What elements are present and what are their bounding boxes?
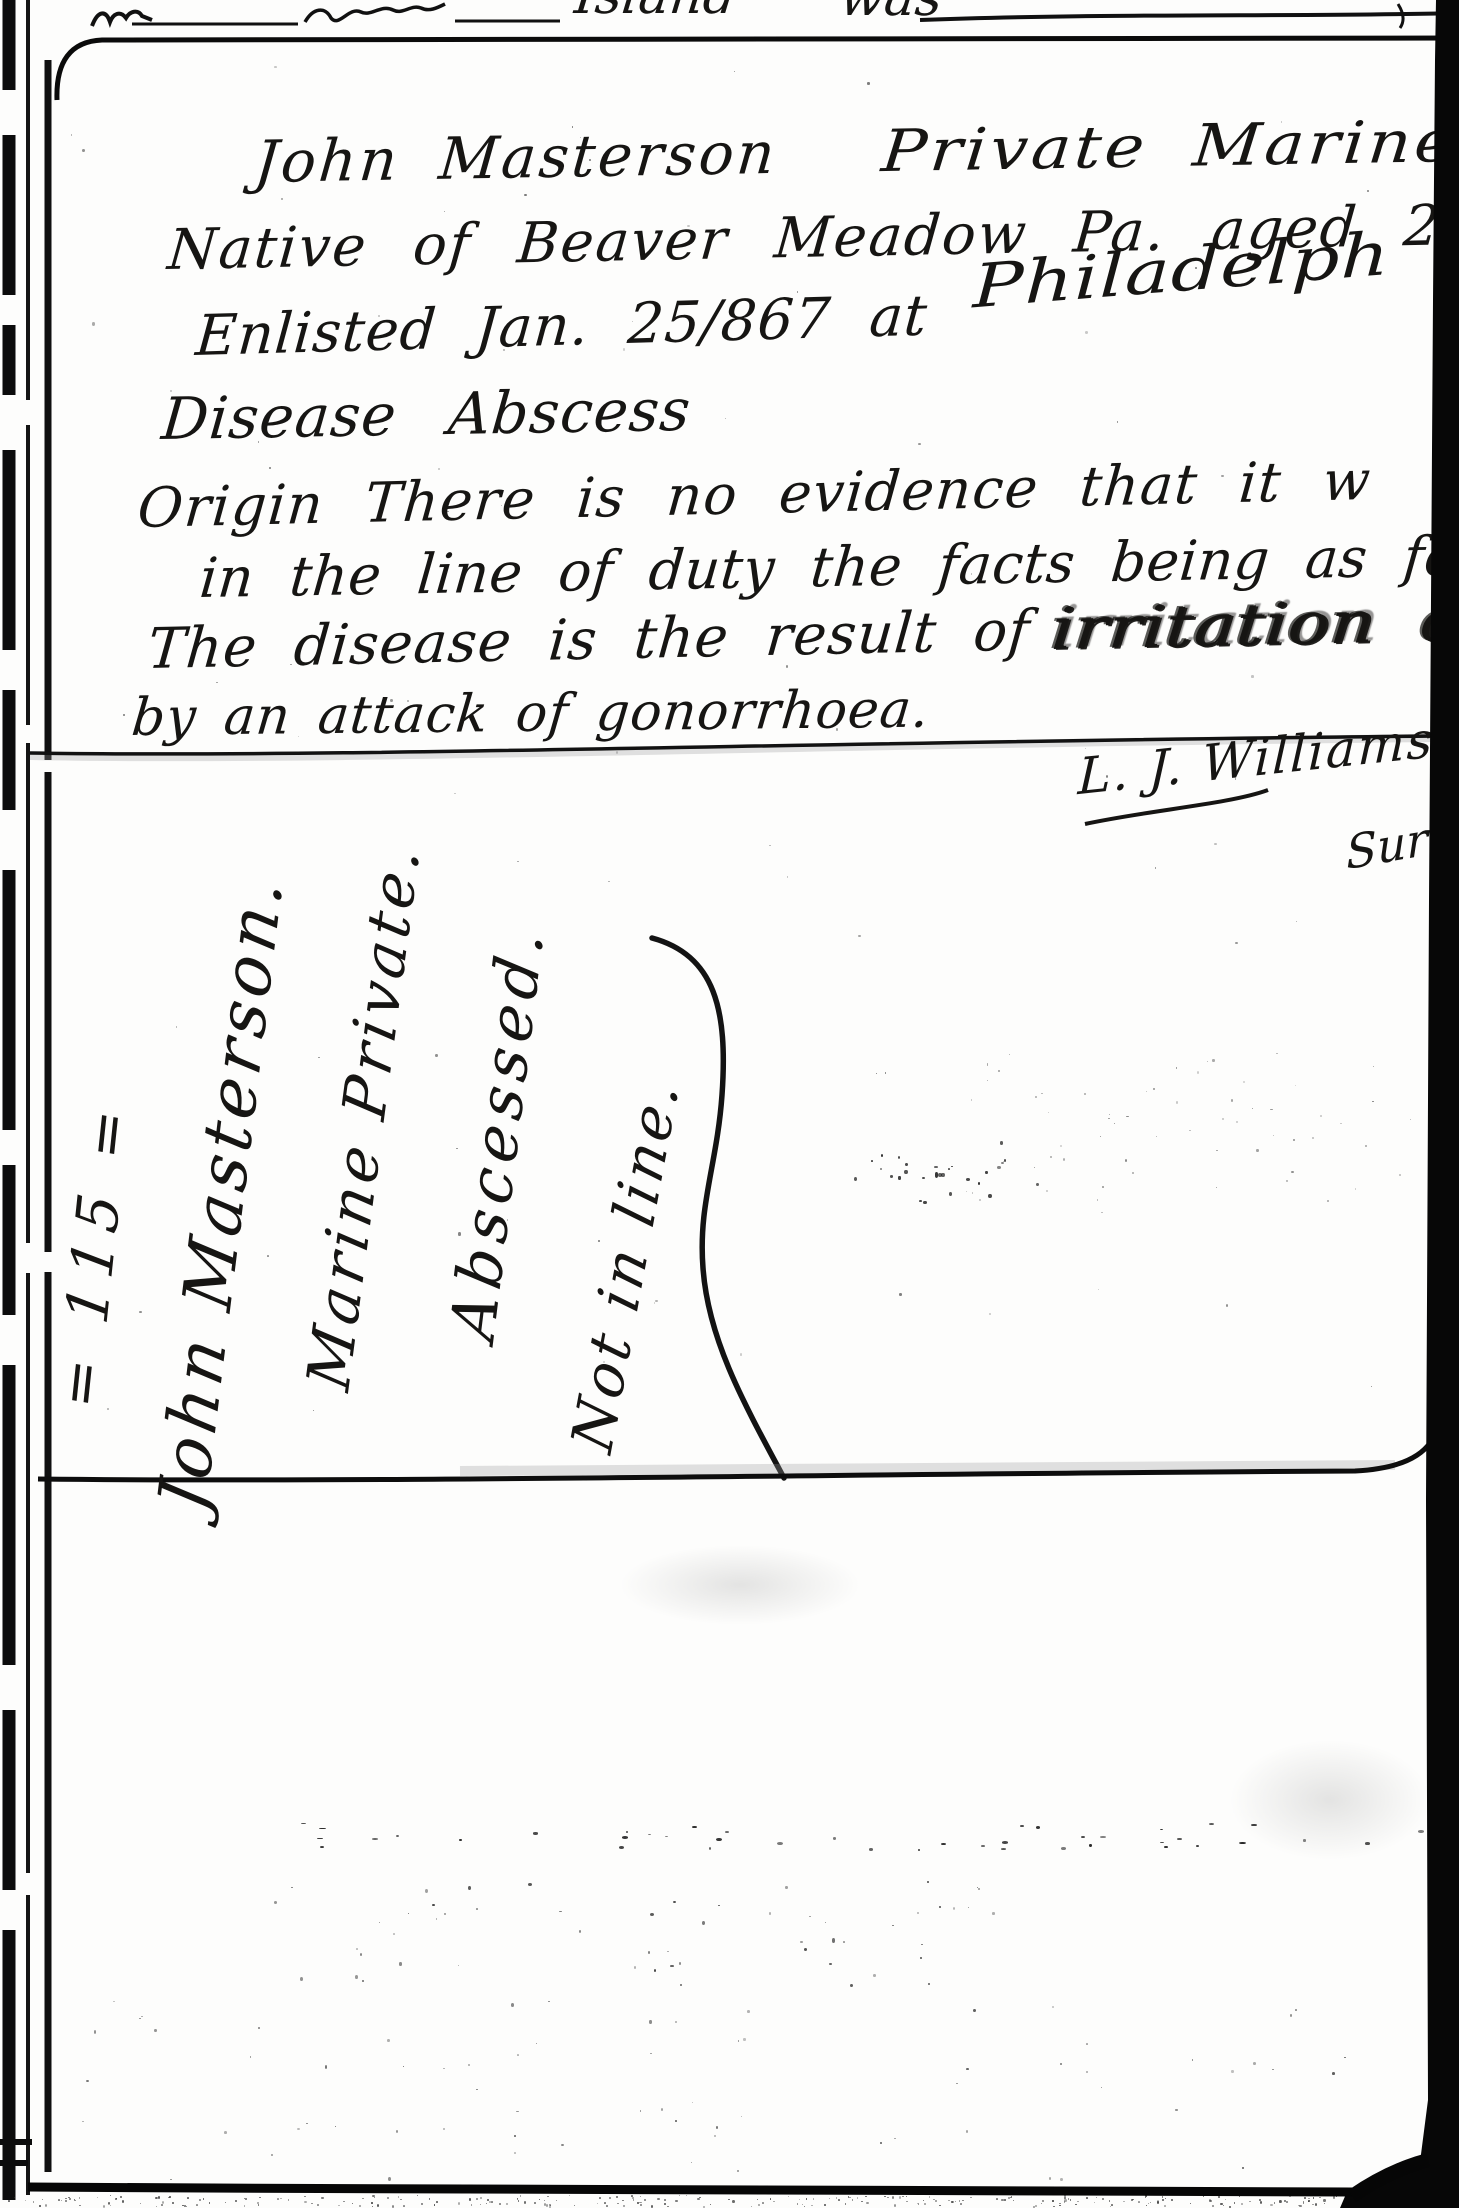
scan-right-black-band	[1340, 0, 1459, 2208]
bottom-border-line	[28, 2187, 1352, 2192]
scan-edge-overlay	[0, 0, 1459, 2208]
scanned-record-page: Island was John MastersonPrivate Marine …	[0, 0, 1459, 2208]
